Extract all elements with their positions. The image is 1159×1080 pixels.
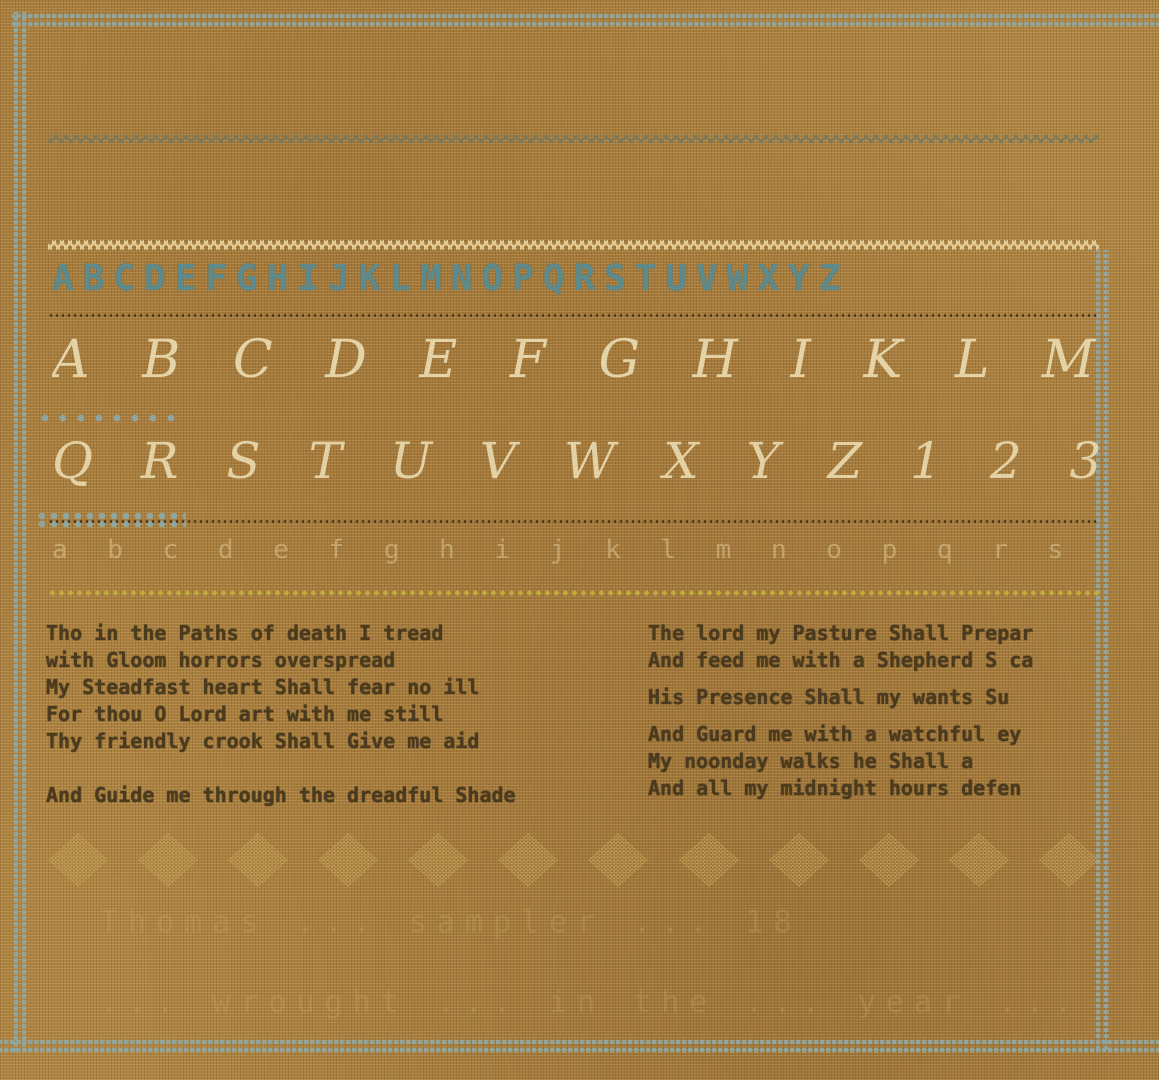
zigzag-band	[48, 135, 1099, 143]
yellow-dot-band	[48, 590, 1099, 596]
verse-line: Thy friendly crook Shall Give me aid	[46, 728, 516, 755]
dotted-divider-2	[48, 520, 1099, 523]
verse-line: with Gloom horrors overspread	[46, 647, 516, 674]
dotted-divider-1	[48, 314, 1099, 317]
diamond-motif	[138, 833, 199, 888]
verse-left-column: Tho in the Paths of death I tread with G…	[46, 620, 516, 809]
blue-alphabet-row: ABCDEFGHIJKLMNOPQRSTUVWXYZ	[52, 258, 1099, 299]
sampler-linen: ABCDEFGHIJKLMNOPQRSTUVWXYZ A B C D E F G…	[0, 0, 1159, 1080]
verse-line: And feed me with a Shepherd S ca	[648, 647, 1033, 674]
diamond-motif	[1038, 833, 1099, 888]
diamond-motif	[228, 833, 289, 888]
verse-right-column: The lord my Pasture Shall Prepar And fee…	[648, 620, 1033, 802]
diamond-motif	[498, 833, 559, 888]
top-border-stitch	[12, 12, 1159, 28]
verse-line: His Presence Shall my wants Su	[648, 684, 1033, 711]
diamond-motif	[408, 833, 469, 888]
diamond-motif	[47, 833, 108, 888]
verse-line: For thou O Lord art with me still	[46, 701, 516, 728]
diamond-motif	[678, 833, 739, 888]
diamond-motif	[318, 833, 379, 888]
bottom-border-stitch	[0, 1038, 1159, 1054]
verse-line: Tho in the Paths of death I tread	[46, 620, 516, 647]
diamond-motif	[768, 833, 829, 888]
left-border-stitch	[12, 12, 28, 1052]
diamond-motif	[948, 833, 1009, 888]
faded-inscription-1: Thomas ... sampler ... 18	[100, 905, 1079, 940]
verse-line: My noonday walks he Shall a	[648, 748, 1033, 775]
diamond-motif	[858, 833, 919, 888]
verse-line: The lord my Pasture Shall Prepar	[648, 620, 1033, 647]
diamond-motif	[588, 833, 649, 888]
script-alphabet-row-1: A B C D E F G H I K L M N O P	[52, 330, 1099, 390]
cream-chain-band	[48, 240, 1099, 250]
script-alphabet-row-2: Q R S T U V W X Y Z 1 2 3 4 5 6 7	[52, 432, 1099, 490]
small-alphabet-row: a b c d e f g h i j k l m n o p q r s t …	[52, 535, 1099, 565]
verse-line: And all my midnight hours defen	[648, 775, 1033, 802]
faded-inscription-2: ... wrought ... in the ... year ...	[100, 985, 1079, 1020]
verse-line: And Guide me through the dreadful Shade	[46, 782, 516, 809]
verse-line: And Guard me with a watchful ey	[648, 721, 1033, 748]
chain-motif	[36, 410, 186, 426]
diamond-motif-band	[48, 825, 1099, 895]
verse-line: My Steadfast heart Shall fear no ill	[46, 674, 516, 701]
